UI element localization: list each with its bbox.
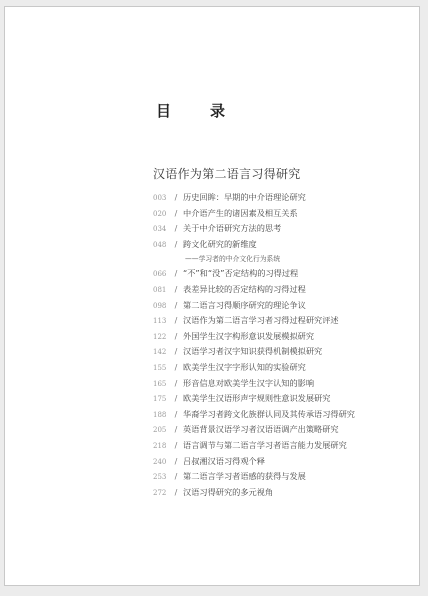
entry-title: 关于中介语研究方法的思考 — [183, 223, 281, 233]
toc-entry[interactable]: 253/第二语言学习者语感的获得与发展 — [153, 469, 413, 485]
separator: / — [171, 469, 181, 485]
separator: / — [171, 329, 181, 345]
separator: / — [171, 360, 181, 376]
toc-entry[interactable]: 155/欧美学生汉字字形认知的实验研究 — [153, 360, 413, 376]
separator: / — [171, 344, 181, 360]
toc-entry[interactable]: 188/华裔学习者跨文化族群认同及其传承语习得研究 — [153, 407, 413, 423]
toc-entry[interactable]: 165/形音信息对欧美学生汉字认知的影响 — [153, 376, 413, 392]
page-number: 155 — [153, 361, 171, 377]
toc-heading: 目 录 — [156, 100, 237, 121]
page-number: 066 — [153, 267, 171, 283]
page-number: 272 — [153, 486, 171, 502]
separator: / — [171, 454, 181, 470]
separator: / — [171, 237, 181, 253]
toc-entry[interactable]: 205/英语背景汉语学习者汉语语调产出策略研究 — [153, 422, 413, 438]
entry-title: 欧美学生汉字字形认知的实验研究 — [183, 362, 306, 372]
entry-title: 第二语言习得顺序研究的理论争议 — [183, 300, 306, 310]
entry-title: 历史回眸：早期的中介语理论研究 — [183, 192, 306, 202]
separator: / — [171, 407, 181, 423]
entry-title: 表差异比较的否定结构的习得过程 — [183, 284, 306, 294]
page-number: 122 — [153, 330, 171, 346]
entry-title: 语言调节与第二语言学习者语言能力发展研究 — [183, 440, 347, 450]
entry-title: 汉语习得研究的多元视角 — [183, 487, 273, 497]
page-number: 218 — [153, 439, 171, 455]
document-page: 目 录 汉语作为第二语言习得研究 003/历史回眸：早期的中介语理论研究 020… — [4, 6, 420, 586]
page-number: 003 — [153, 191, 171, 207]
page-number: 188 — [153, 408, 171, 424]
entry-title: 第二语言学习者语感的获得与发展 — [183, 471, 306, 481]
toc-entry[interactable]: 218/语言调节与第二语言学习者语言能力发展研究 — [153, 438, 413, 454]
page-number: 142 — [153, 345, 171, 361]
toc-entry[interactable]: 003/历史回眸：早期的中介语理论研究 — [153, 190, 413, 206]
entry-title: 汉语作为第二语言学习者习得过程研究评述 — [183, 315, 339, 325]
toc-entry[interactable]: 081/表差异比较的否定结构的习得过程 — [153, 282, 413, 298]
separator: / — [171, 313, 181, 329]
toc-entry[interactable]: 122/外国学生汉字构形意识发展模拟研究 — [153, 329, 413, 345]
page-number: 205 — [153, 423, 171, 439]
page-number: 048 — [153, 238, 171, 254]
entry-title: 外国学生汉字构形意识发展模拟研究 — [183, 331, 314, 341]
page-number: 034 — [153, 222, 171, 238]
separator: / — [171, 221, 181, 237]
page-number: 020 — [153, 207, 171, 223]
section-title: 汉语作为第二语言习得研究 — [153, 165, 301, 182]
toc-entries: 003/历史回眸：早期的中介语理论研究 020/中介语产生的诸因素及相互关系 0… — [153, 190, 413, 500]
entry-title: 英语背景汉语学习者汉语语调产出策略研究 — [183, 424, 339, 434]
separator: / — [171, 376, 181, 392]
toc-entry[interactable]: 175/欧美学生汉语形声字规则性意识发展研究 — [153, 391, 413, 407]
entry-title: 吕叔湘汉语习得观个释 — [183, 456, 265, 466]
separator: / — [171, 206, 181, 222]
page-number: 253 — [153, 470, 171, 486]
toc-entry[interactable]: 020/中介语产生的诸因素及相互关系 — [153, 206, 413, 222]
page-number: 113 — [153, 314, 171, 330]
separator: / — [171, 298, 181, 314]
entry-subtitle: ——学习者的中介文化行为系统 — [185, 255, 280, 263]
separator: / — [171, 190, 181, 206]
entry-title: 欧美学生汉语形声字规则性意识发展研究 — [183, 393, 330, 403]
separator: / — [171, 438, 181, 454]
toc-entry-subtitle: ——学习者的中介文化行为系统 — [153, 252, 413, 266]
toc-entry[interactable]: 240/吕叔湘汉语习得观个释 — [153, 454, 413, 470]
separator: / — [171, 282, 181, 298]
entry-title: 华裔学习者跨文化族群认同及其传承语习得研究 — [183, 409, 355, 419]
toc-entry[interactable]: 034/关于中介语研究方法的思考 — [153, 221, 413, 237]
entry-title: “不”和“没”否定结构的习得过程 — [183, 268, 298, 278]
entry-title: 中介语产生的诸因素及相互关系 — [183, 208, 298, 218]
separator: / — [171, 391, 181, 407]
toc-entry[interactable]: 098/第二语言习得顺序研究的理论争议 — [153, 298, 413, 314]
separator: / — [171, 485, 181, 501]
entry-title: 跨文化研究的新维度 — [183, 239, 257, 249]
separator: / — [171, 422, 181, 438]
page-number: 081 — [153, 283, 171, 299]
entry-title: 汉语学习者汉字知识获得机制模拟研究 — [183, 346, 322, 356]
page-number: 165 — [153, 377, 171, 393]
toc-entry[interactable]: 272/汉语习得研究的多元视角 — [153, 485, 413, 501]
toc-entry[interactable]: 113/汉语作为第二语言学习者习得过程研究评述 — [153, 313, 413, 329]
toc-entry[interactable]: 066/“不”和“没”否定结构的习得过程 — [153, 266, 413, 282]
page-number: 240 — [153, 455, 171, 471]
separator: / — [171, 266, 181, 282]
page-number: 175 — [153, 392, 171, 408]
entry-title: 形音信息对欧美学生汉字认知的影响 — [183, 378, 314, 388]
toc-entry[interactable]: 048/跨文化研究的新维度 — [153, 237, 413, 253]
toc-entry[interactable]: 142/汉语学习者汉字知识获得机制模拟研究 — [153, 344, 413, 360]
page-number: 098 — [153, 299, 171, 315]
